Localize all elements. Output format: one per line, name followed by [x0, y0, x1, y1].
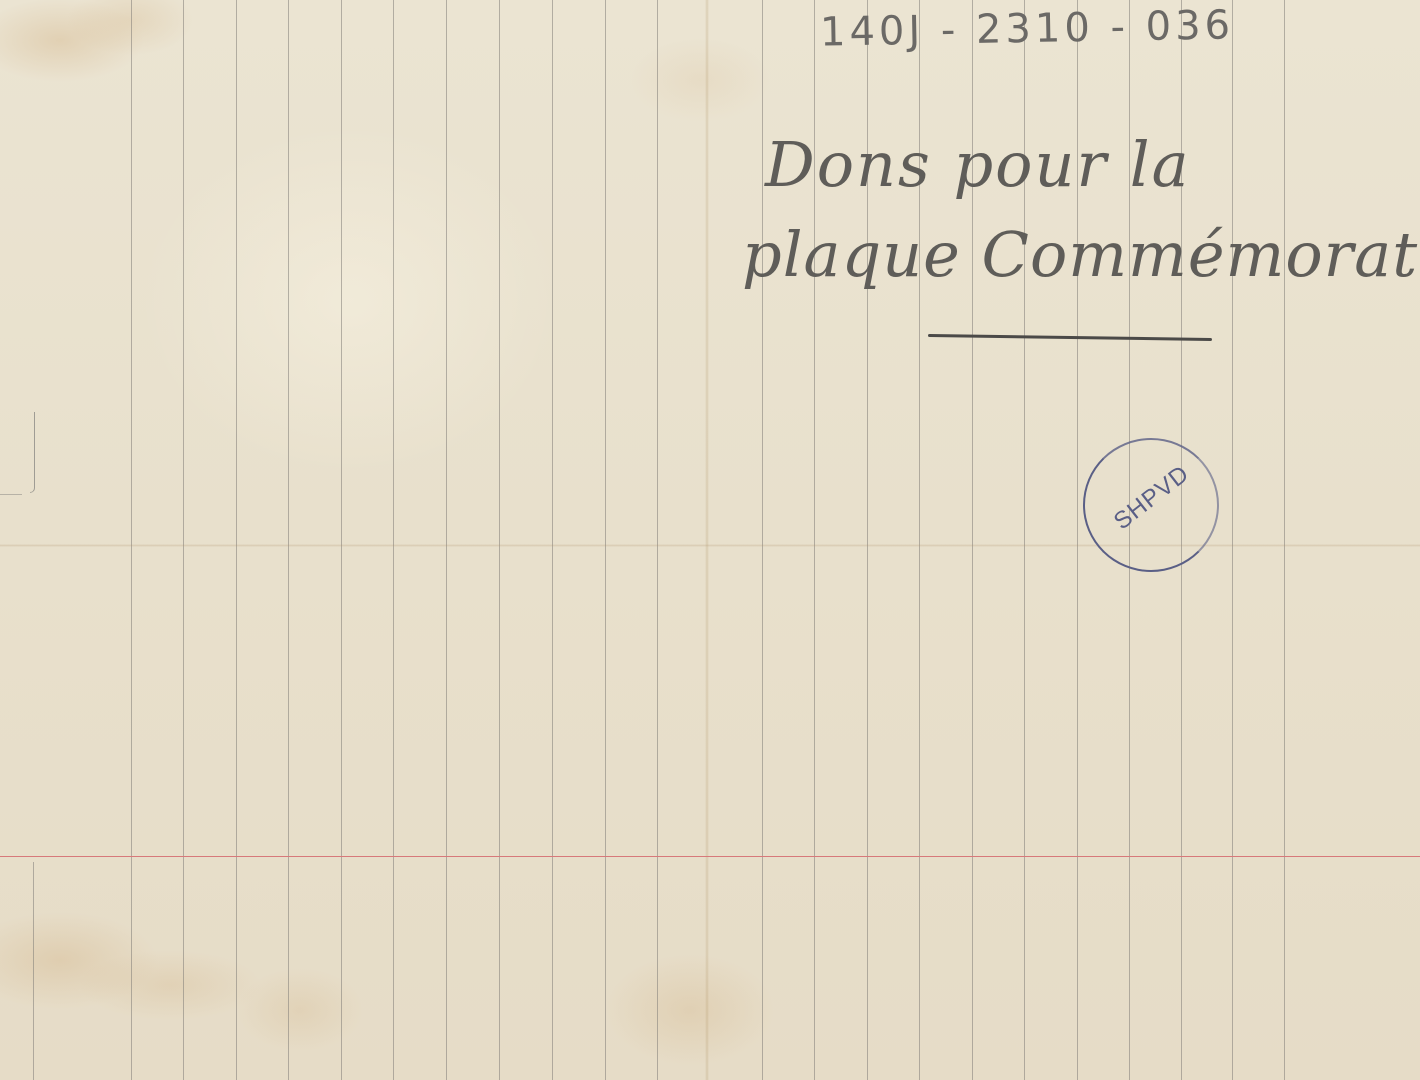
- ruled-line: [288, 0, 289, 1080]
- horizontal-fold: [0, 544, 1420, 547]
- heading-line-1: Dons pour la: [765, 128, 1191, 201]
- ruled-line: [446, 0, 447, 1080]
- archive-reference-number: 140J - 2310 - 036: [820, 2, 1235, 55]
- ruled-line: [499, 0, 500, 1080]
- ruled-line: [762, 0, 763, 1080]
- ruled-line: [183, 0, 184, 1080]
- archive-stamp: SHPVD: [1083, 438, 1219, 572]
- heading-underline: [928, 334, 1212, 341]
- stamp-text: SHPVD: [1100, 453, 1204, 543]
- pencil-mark: [30, 412, 35, 493]
- document-page: 140J - 2310 - 036 Dons pour la plaque Co…: [0, 0, 1420, 1080]
- ruled-line: [1232, 0, 1233, 1080]
- ruled-line: [1284, 0, 1285, 1080]
- ruled-line: [657, 0, 658, 1080]
- ruled-line: [236, 0, 237, 1080]
- ruled-line: [605, 0, 606, 1080]
- ruled-line: [341, 0, 342, 1080]
- ruled-line: [552, 0, 553, 1080]
- heading-line-2: plaque Commémorative: [742, 218, 1420, 291]
- ruled-line: [131, 0, 132, 1080]
- margin-line-lower: [33, 862, 34, 1080]
- ruled-line: [393, 0, 394, 1080]
- pencil-mark-tail: [0, 494, 22, 495]
- vertical-fold: [705, 0, 709, 1080]
- red-rule-line: [0, 856, 1420, 857]
